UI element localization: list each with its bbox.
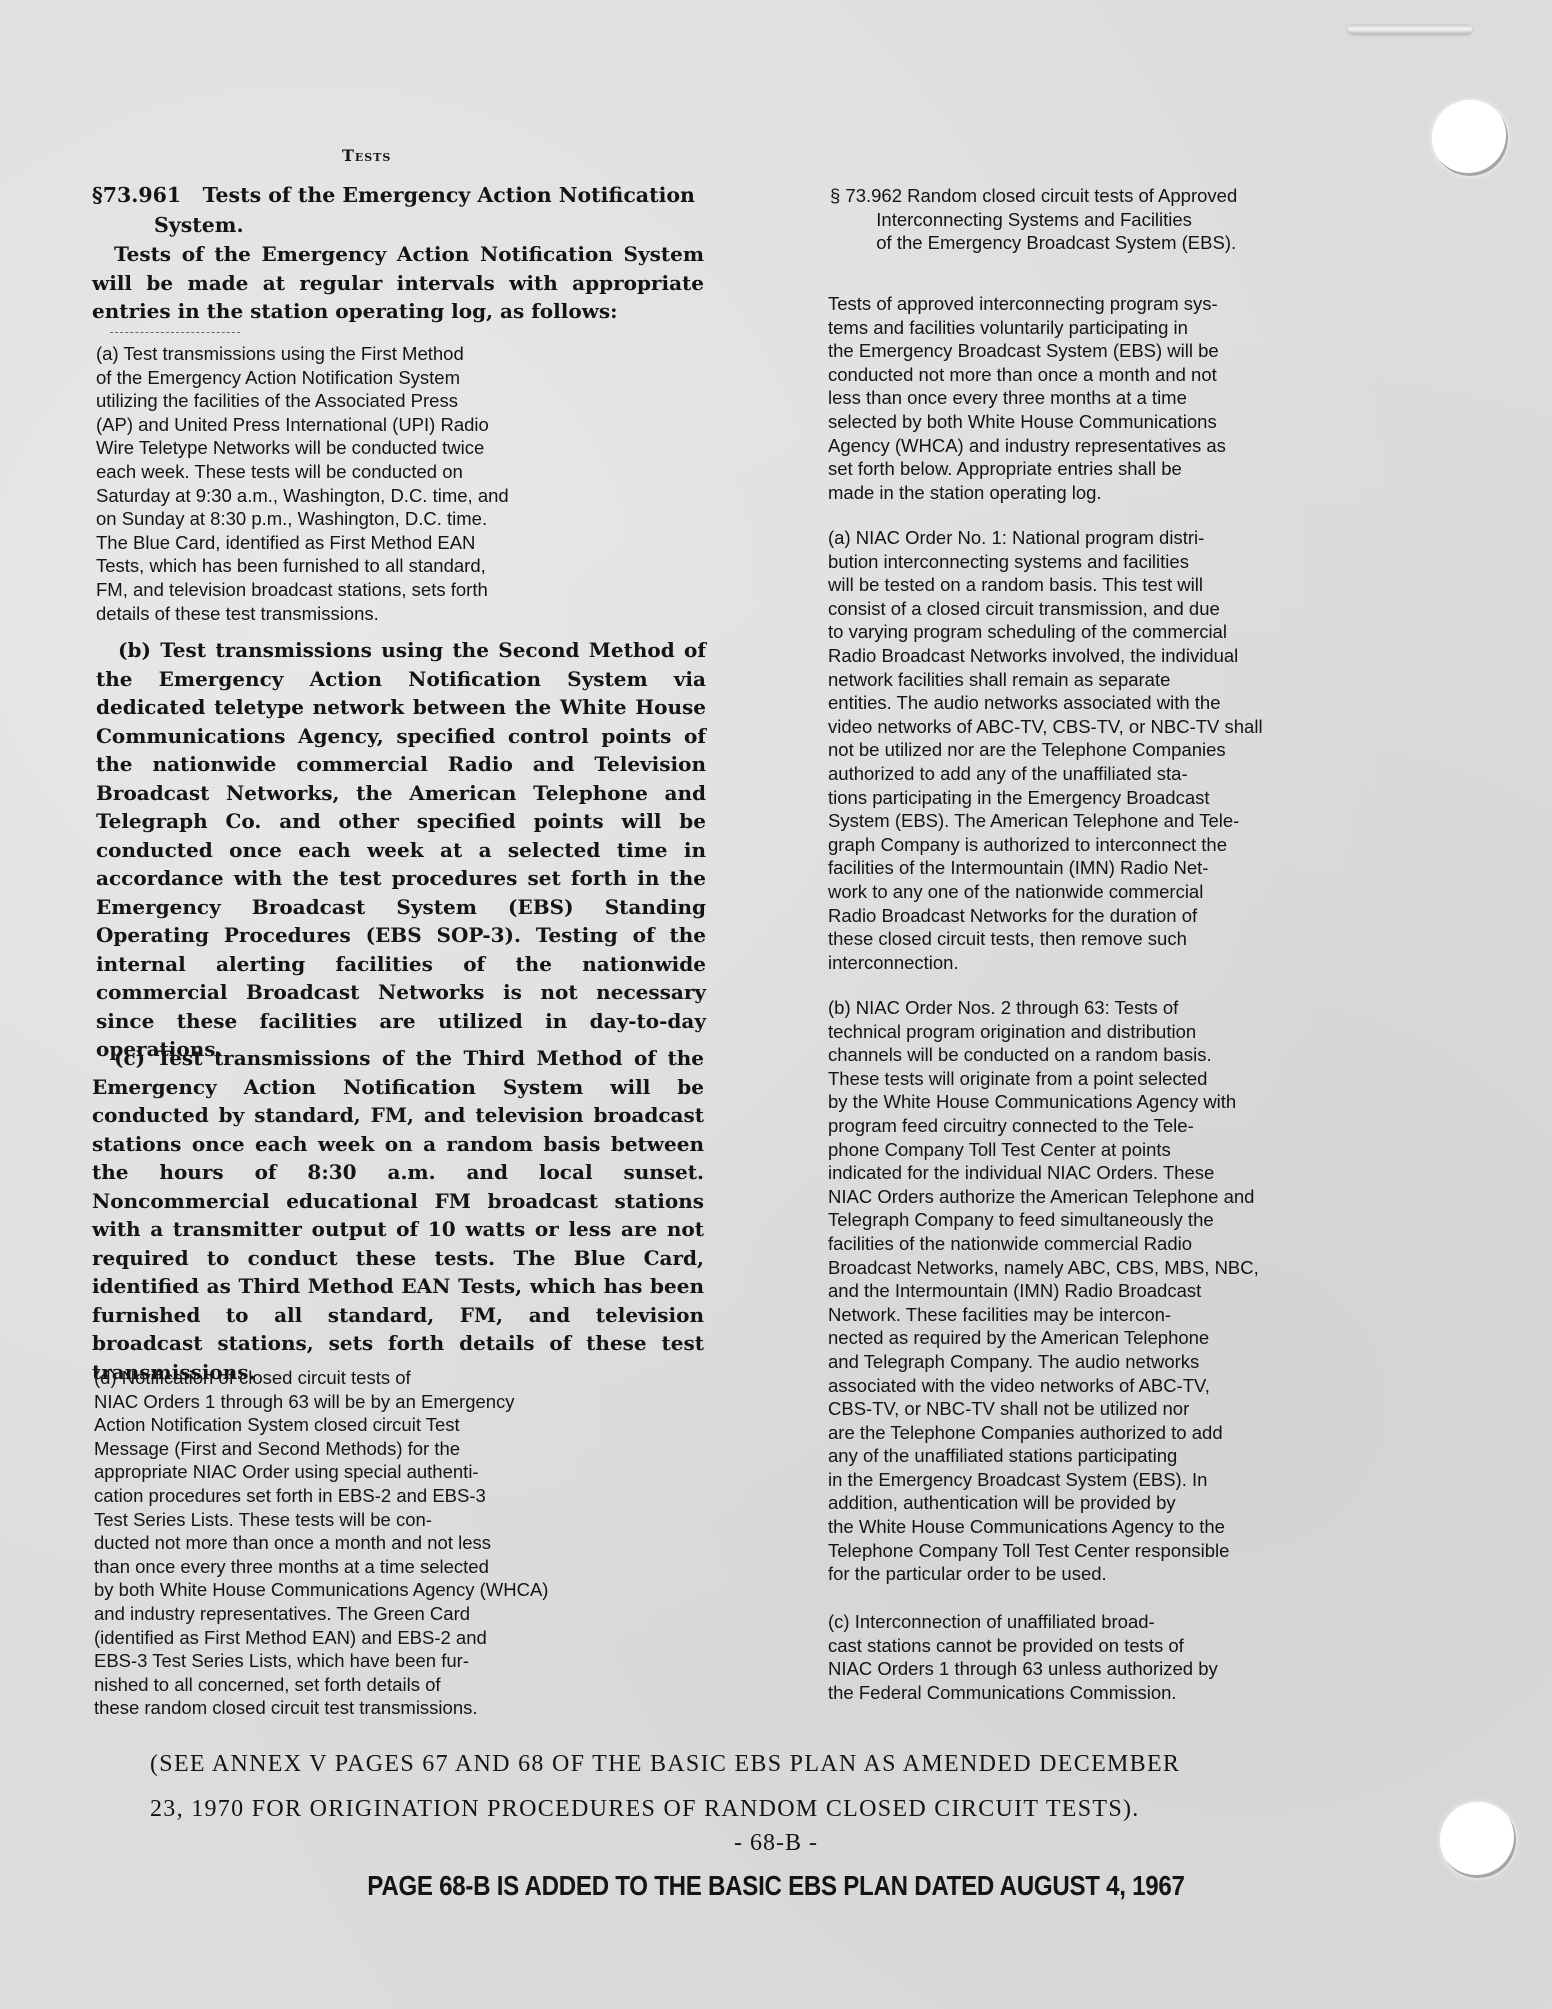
left-paragraph-b: (b) Test transmissions using the Second …: [96, 636, 706, 1064]
annex-reference-note: (SEE ANNEX V PAGES 67 AND 68 OF THE BASI…: [150, 1742, 1390, 1832]
left-intro-paragraph: Tests of the Emergency Action Notificati…: [92, 240, 704, 326]
section-tag: Tests: [342, 146, 391, 165]
footer-note: PAGE 68-B IS ADDED TO THE BASIC EBS PLAN…: [109, 1870, 1444, 1902]
right-paragraph-b: (b) NIAC Order Nos. 2 through 63: Tests …: [828, 996, 1428, 1586]
section-title-line1: Tests of the Emergency Action Notificati…: [203, 183, 695, 207]
scanned-document-page: Tests §73.961 Tests of the Emergency Act…: [0, 0, 1552, 2009]
section-number: §73.961: [92, 183, 181, 207]
section-73-962-heading: § 73.962 Random closed circuit tests of …: [830, 184, 1430, 255]
section-73-961-heading: §73.961 Tests of the Emergency Action No…: [92, 180, 704, 240]
left-paragraph-d: (d) Notification of closed circuit tests…: [94, 1366, 694, 1720]
section-title-line2: System.: [92, 210, 704, 240]
staple-mark: [1348, 24, 1472, 34]
left-paragraph-a: (a) Test transmissions using the First M…: [96, 342, 696, 625]
right-intro-paragraph: Tests of approved interconnecting progra…: [828, 292, 1428, 504]
divider-rule: [110, 332, 240, 333]
left-paragraph-c: (c) Test transmissions of the Third Meth…: [92, 1044, 704, 1386]
punch-hole-top: [1432, 100, 1508, 176]
page-number: - 68-B -: [0, 1830, 1552, 1857]
right-paragraph-a: (a) NIAC Order No. 1: National program d…: [828, 526, 1428, 974]
right-paragraph-c: (c) Interconnection of unaffiliated broa…: [828, 1610, 1428, 1704]
